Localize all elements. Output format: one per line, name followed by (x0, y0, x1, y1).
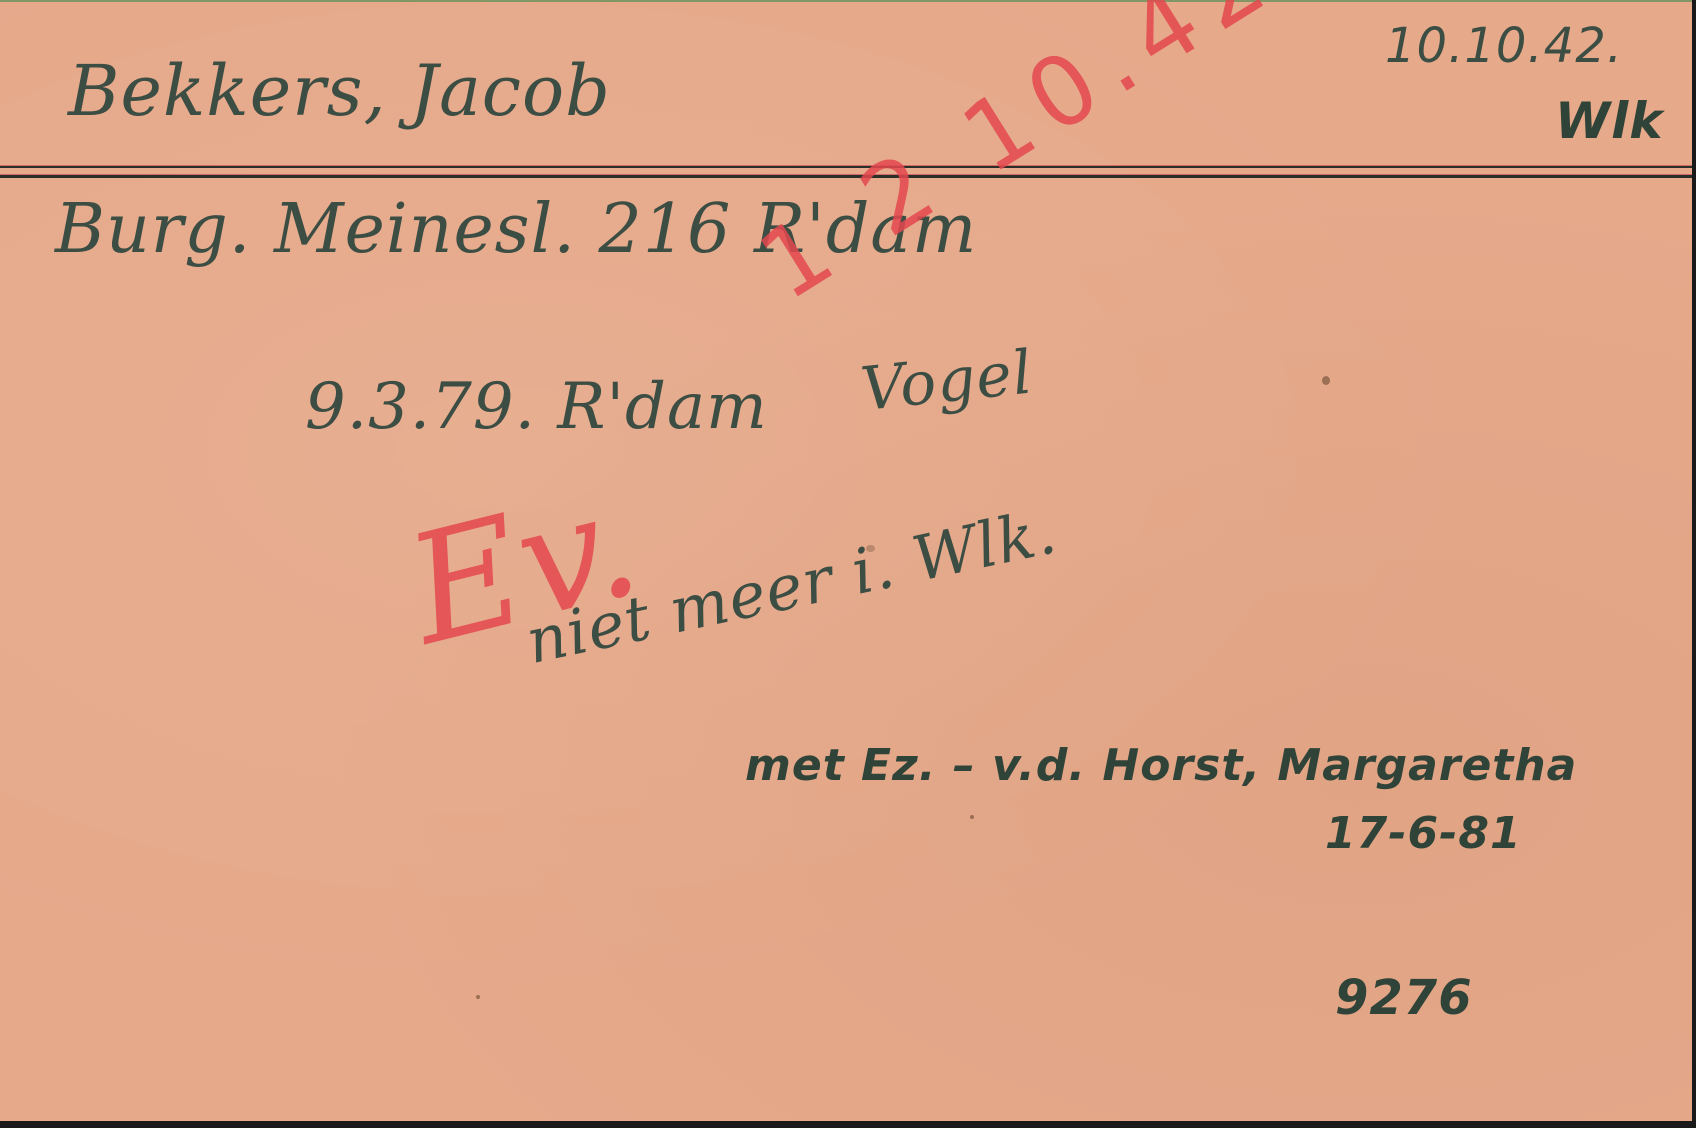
paper-speck (866, 545, 875, 552)
clerk-initials: Wlk (1555, 92, 1664, 150)
registration-date: 10.10.42. (1385, 18, 1623, 74)
red-pencil-date: 1 2 10.42 (741, 0, 1296, 322)
card-number: 9276 (1335, 970, 1473, 1026)
paper-speck (1322, 376, 1330, 385)
place-note: Vogel (858, 337, 1036, 425)
marriage-date: 17-6-81 (1325, 808, 1522, 859)
paper-speck (970, 815, 974, 819)
birth-date-place: 9.3.79. R'dam (305, 370, 768, 444)
index-card: Bekkers, Jacob 10.10.42. Wlk Burg. Meine… (0, 0, 1692, 1121)
person-name: Bekkers, Jacob (68, 50, 611, 132)
card-top-edge (0, 0, 1692, 2)
paper-speck (476, 995, 480, 999)
marriage-note: met Ez. – v.d. Horst, Margaretha (745, 740, 1577, 791)
